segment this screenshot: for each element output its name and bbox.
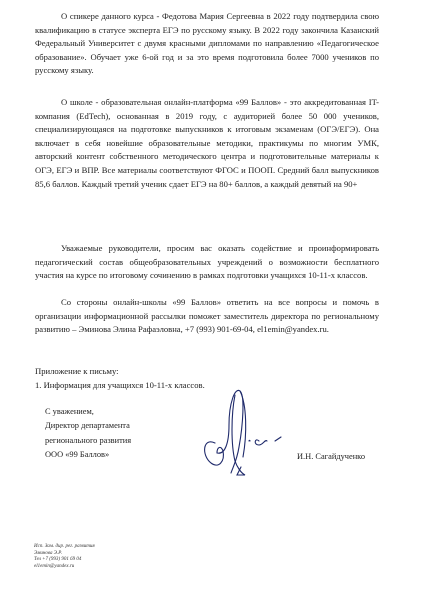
school-paragraph: О школе - образовательная онлайн-платфор…	[35, 96, 379, 191]
position-line-1: Директор департамента	[45, 419, 131, 433]
speaker-paragraph: О спикере данного курса - Федотова Мария…	[35, 10, 379, 78]
footer-line-4: el1emin@yandex.ru	[34, 564, 95, 571]
handwritten-signature-icon	[195, 385, 285, 480]
footer-line-3: Тел +7 (993) 901 69 04	[34, 557, 95, 564]
speaker-text: О спикере данного курса - Федотова Мария…	[35, 10, 379, 78]
contact-text: Со стороны онлайн-школы «99 Баллов» отве…	[35, 296, 379, 337]
signature-block: С уважением, Директор департамента регио…	[45, 405, 131, 463]
request-paragraph: Уважаемые руководители, просим вас оказа…	[35, 242, 379, 283]
footer-executor: Исп. Зам. дир. рег. развития Эминова Э.Р…	[34, 544, 95, 571]
position-line-2: регионального развития	[45, 434, 131, 448]
school-text: О школе - образовательная онлайн-платфор…	[35, 96, 379, 191]
signer-name: И.Н. Сагайдученко	[297, 452, 365, 461]
request-text: Уважаемые руководители, просим вас оказа…	[35, 242, 379, 283]
attachment-item: 1. Информация для учащихся 10-11-х класс…	[35, 379, 205, 392]
closing: С уважением,	[45, 405, 131, 419]
letter-page: О спикере данного курса - Федотова Мария…	[0, 0, 424, 599]
attachment-label: Приложение к письму:	[35, 365, 119, 378]
footer-line-2: Эминова Э.Р.	[34, 551, 95, 558]
footer-line-1: Исп. Зам. дир. рег. развития	[34, 544, 95, 551]
organization: ООО «99 Баллов»	[45, 448, 131, 462]
contact-paragraph: Со стороны онлайн-школы «99 Баллов» отве…	[35, 296, 379, 337]
